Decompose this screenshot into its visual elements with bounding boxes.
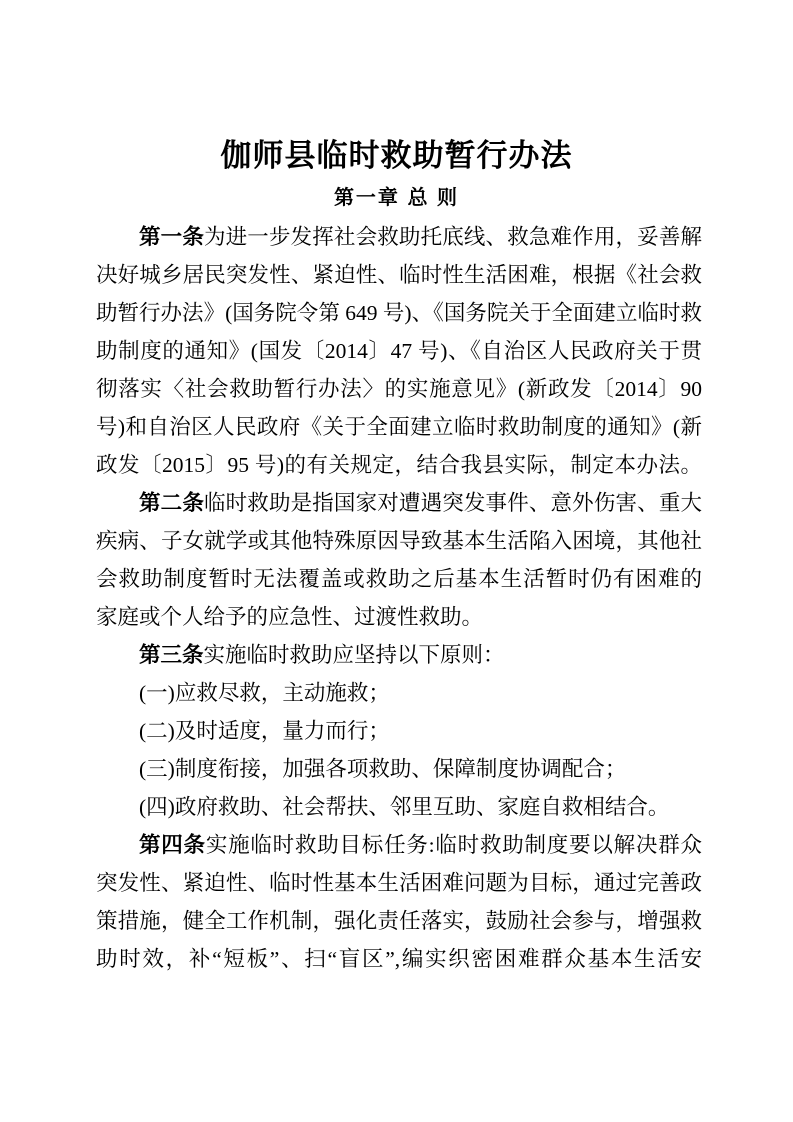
text-line: 决好城乡居民突发性、紧迫性、临时性生活困难，根据《社会救 — [96, 256, 702, 294]
text-line: 第一条为进一步发挥社会救助托底线、救急难作用，妥善解 — [96, 218, 702, 256]
list-item-2: (二)及时适度，量力而行； — [96, 712, 702, 750]
text-line: 家庭或个人给予的应急性、过渡性救助。 — [96, 598, 702, 636]
document-page: 伽师县临时救助暂行办法 第一章 总 则 第一条为进一步发挥社会救助托底线、救急难… — [0, 0, 793, 1122]
article-3-paragraph: 第三条实施临时救助应坚持以下原则： — [96, 636, 702, 674]
article-4-paragraph: 第四条实施临时救助目标任务:临时救助制度要以解决群众 突发性、紧迫性、临时性基本… — [96, 826, 702, 978]
text-line: 第三条实施临时救助应坚持以下原则： — [96, 636, 702, 674]
text-line: 政发〔2015〕95 号)的有关规定，结合我县实际，制定本办法。 — [96, 446, 702, 484]
text-line: 助暂行办法》(国务院令第 649 号)、《国务院关于全面建立临时救 — [96, 294, 702, 332]
text-line: 策措施，健全工作机制，强化责任落实，鼓励社会参与，增强救 — [96, 902, 702, 940]
text-run: 临时救助是指国家对遭遇突发事件、意外伤害、重大 — [204, 491, 702, 515]
article-1-paragraph: 第一条为进一步发挥社会救助托底线、救急难作用，妥善解 决好城乡居民突发性、紧迫性… — [96, 218, 702, 484]
list-item-1: (一)应救尽救，主动施救； — [96, 674, 702, 712]
article-2-paragraph: 第二条临时救助是指国家对遭遇突发事件、意外伤害、重大 疾病、子女就学或其他特殊原… — [96, 484, 702, 636]
text-line: 彻落实〈社会救助暂行办法〉的实施意见》(新政发〔2014〕90 — [96, 370, 702, 408]
article-number: 第四条 — [139, 833, 206, 857]
article-number: 第二条 — [139, 491, 204, 515]
list-item-3: (三)制度衔接，加强各项救助、保障制度协调配合； — [96, 750, 702, 788]
text-line: 会救助制度暂时无法覆盖或救助之后基本生活暂时仍有困难的 — [96, 560, 702, 598]
text-line: 疾病、子女就学或其他特殊原因导致基本生活陷入困境，其他社 — [96, 522, 702, 560]
article-number: 第三条 — [139, 643, 204, 667]
text-line: 号)和自治区人民政府《关于全面建立临时救助制度的通知》(新 — [96, 408, 702, 446]
text-run: 为进一步发挥社会救助托底线、救急难作用，妥善解 — [204, 225, 702, 249]
text-line: 第四条实施临时救助目标任务:临时救助制度要以解决群众 — [96, 826, 702, 864]
article-number: 第一条 — [139, 225, 204, 249]
list-item-4: (四)政府救助、社会帮扶、邻里互助、家庭自救相结合。 — [96, 788, 702, 826]
document-body: 第一条为进一步发挥社会救助托底线、救急难作用，妥善解 决好城乡居民突发性、紧迫性… — [96, 218, 702, 978]
text-line: 助制度的通知》(国发〔2014〕47 号)、《自治区人民政府关于贯 — [96, 332, 702, 370]
text-run: 实施临时救助目标任务:临时救助制度要以解决群众 — [206, 833, 702, 857]
text-line: 突发性、紧迫性、临时性基本生活困难问题为目标，通过完善政 — [96, 864, 702, 902]
text-run: 实施临时救助应坚持以下原则： — [204, 643, 505, 667]
principles-list: (一)应救尽救，主动施救； (二)及时适度，量力而行； (三)制度衔接，加强各项… — [96, 674, 702, 826]
text-line: 助时效，补“短板”、扫“盲区”,编实织密困难群众基本生活安 — [96, 940, 702, 978]
chapter-heading: 第一章 总 则 — [0, 184, 793, 212]
document-title: 伽师县临时救助暂行办法 — [0, 136, 793, 176]
text-line: 第二条临时救助是指国家对遭遇突发事件、意外伤害、重大 — [96, 484, 702, 522]
